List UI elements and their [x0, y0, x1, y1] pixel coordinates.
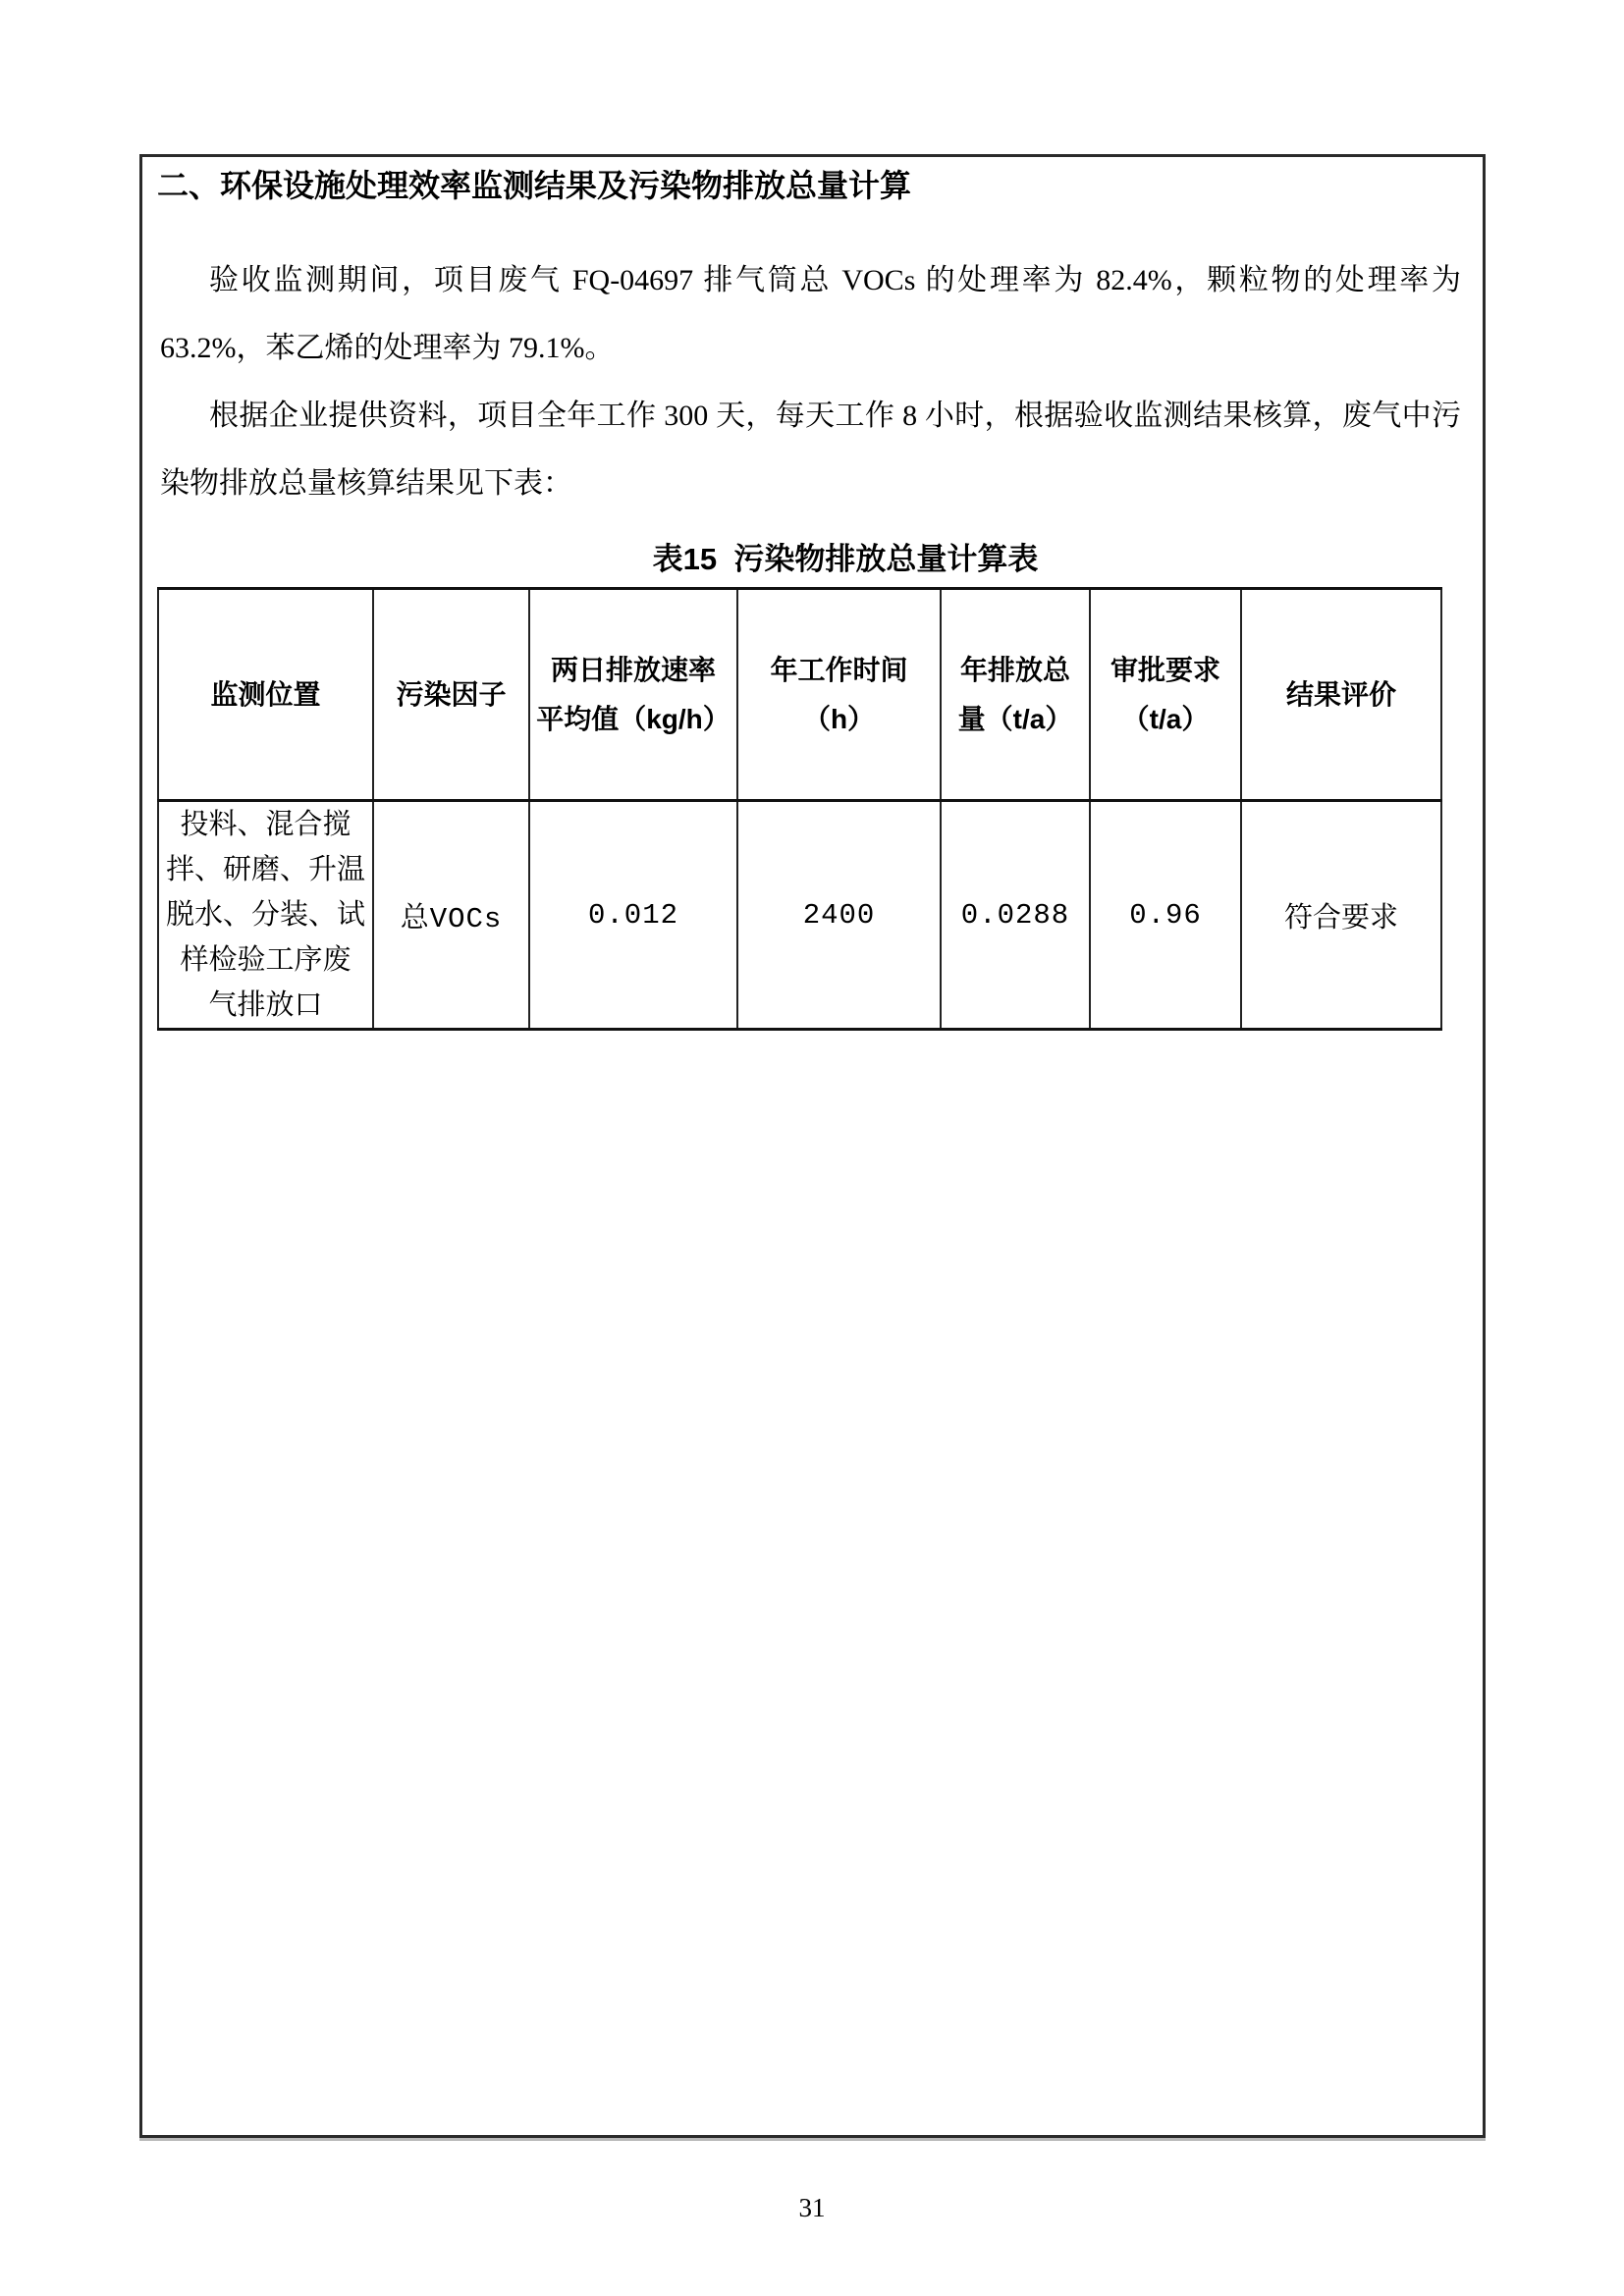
table-caption: 表15 污染物排放总量计算表 — [157, 535, 1461, 584]
col-header-pollution-factor: 污染因子 — [373, 589, 529, 801]
cell-pollution-factor: 总VOCs — [373, 801, 529, 1030]
cell-monitoring-location: 投料、混合搅 拌、研磨、升温 脱水、分装、试 样检验工序废 气排放口 — [158, 801, 373, 1030]
cell-result-evaluation: 符合要求 — [1241, 801, 1441, 1030]
cell-annual-emission-total: 0.0288 — [941, 801, 1090, 1030]
col-header-approval-requirement: 审批要求 （t/a） — [1090, 589, 1241, 801]
col-header-monitoring-location: 监测位置 — [158, 589, 373, 801]
cell-avg-emission-rate: 0.012 — [529, 801, 737, 1030]
document-page: { "page": { "number": "31" }, "section":… — [0, 0, 1624, 2296]
cell-annual-working-hours: 2400 — [737, 801, 941, 1030]
col-header-annual-emission-total: 年排放总 量（t/a） — [941, 589, 1090, 801]
paragraph-annual-calculation: 根据企业提供资料，项目全年工作 300 天，每天工作 8 小时，根据验收监测结果… — [160, 382, 1461, 517]
content-border-box: 二、环保设施处理效率监测结果及污染物排放总量计算 验收监测期间，项目废气 FQ-… — [139, 154, 1486, 2138]
col-header-result-evaluation: 结果评价 — [1241, 589, 1441, 801]
page-number: 31 — [0, 2191, 1624, 2224]
col-header-avg-emission-rate: 两日排放速率 平均值（kg/h） — [529, 589, 737, 801]
paragraph-treatment-efficiency: 验收监测期间，项目废气 FQ-04697 排气筒总 VOCs 的处理率为 82.… — [160, 246, 1461, 382]
col-header-annual-working-hours: 年工作时间 （h） — [737, 589, 941, 801]
emissions-total-table: 监测位置 污染因子 两日排放速率 平均值（kg/h） 年工作时间 （h） 年排放… — [157, 587, 1442, 1031]
cell-approval-requirement: 0.96 — [1090, 801, 1241, 1030]
table-header-row: 监测位置 污染因子 两日排放速率 平均值（kg/h） 年工作时间 （h） 年排放… — [158, 589, 1441, 801]
table-row: 投料、混合搅 拌、研磨、升温 脱水、分装、试 样检验工序废 气排放口 总VOCs… — [158, 801, 1441, 1030]
section-heading: 二、环保设施处理效率监测结果及污染物排放总量计算 — [157, 164, 1461, 207]
